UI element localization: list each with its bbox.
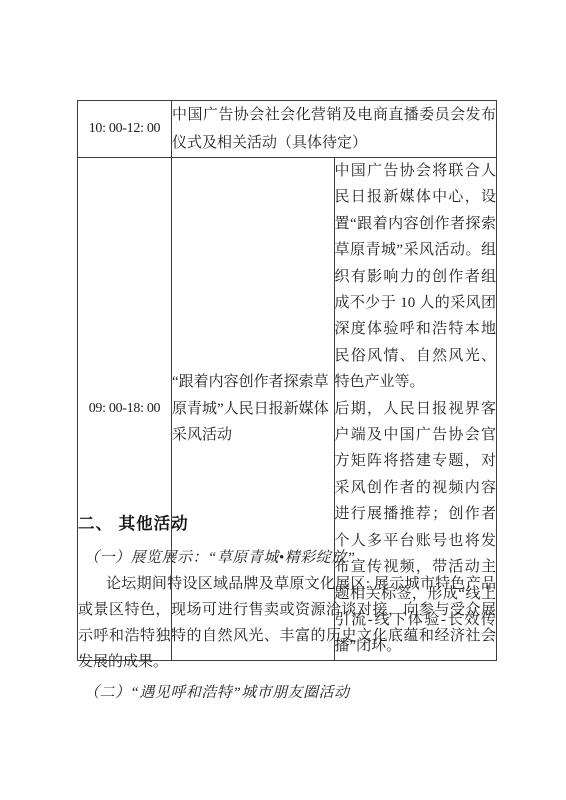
time-cell-row1: 10: 00-12: 00 xyxy=(78,101,172,158)
subsection-heading-city-moments: （二）“遇见呼和浩特”城市朋友圈活动 xyxy=(84,681,350,702)
activity-cell-row1: 中国广告协会社会化营销及电商直播委员会发布仪式及相关活动（具体待定） xyxy=(172,101,497,158)
subsection-heading-exhibition: （一）展览展示：“草原青城•精彩绽放” xyxy=(84,546,355,567)
exhibition-paragraph: 论坛期间特设区域品牌及草原文化展区: 展示城市特色产品或景区特色，现场可进行售卖… xyxy=(78,571,496,675)
event-description-paragraph-1: 中国广告协会将联合人民日报新媒体中心，设置“跟着内容创作者探索草原青城”采风活动… xyxy=(335,158,497,396)
section-heading-other-activities: 二、 其他活动 xyxy=(78,510,189,534)
schedule-row-1: 10: 00-12: 00 中国广告协会社会化营销及电商直播委员会发布仪式及相关… xyxy=(78,101,497,158)
document-page: 10: 00-12: 00 中国广告协会社会化营销及电商直播委员会发布仪式及相关… xyxy=(0,0,566,800)
